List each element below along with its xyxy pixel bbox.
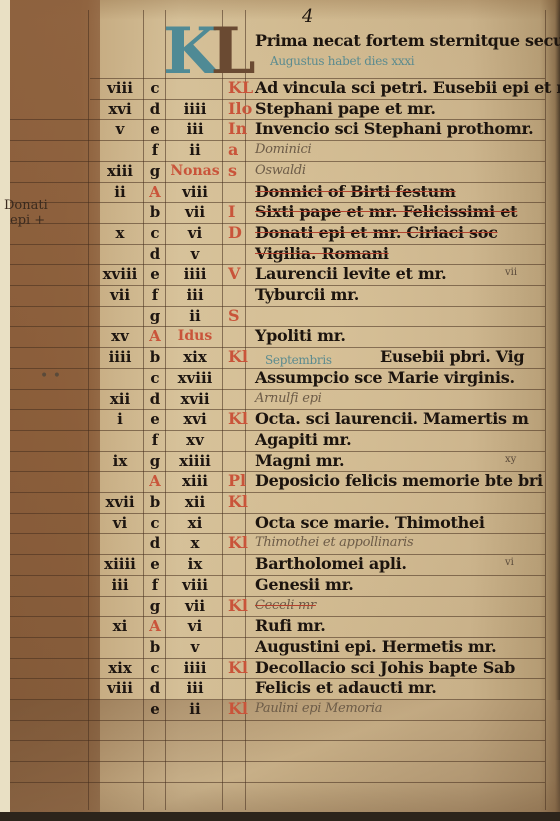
dominical-letter: d — [145, 390, 165, 408]
calendar-entry: Donati epi et mr. Ciriaci soc — [255, 224, 498, 242]
day-count: xvii — [170, 390, 220, 408]
dominical-letter: A — [145, 472, 165, 490]
left-margin-stain — [0, 0, 100, 821]
day-count: iii — [170, 679, 220, 697]
dominical-letter: b — [145, 348, 165, 366]
calendar-entry: Genesii mr. — [255, 576, 354, 594]
ruling-line — [10, 306, 545, 307]
dominical-letter: c — [145, 659, 165, 677]
entry-annotation: xy — [505, 454, 516, 465]
golden-number: xi — [95, 617, 145, 635]
dominical-letter: d — [145, 245, 165, 263]
calendar-entry: Laurencii levite et mr. — [255, 265, 446, 283]
day-count: ii — [170, 700, 220, 718]
dominical-letter: d — [145, 679, 165, 697]
ruling-line — [10, 782, 545, 783]
day-count: v — [170, 638, 220, 656]
entry-annotation: vii — [505, 267, 517, 278]
dominical-letter: c — [145, 79, 165, 97]
kalends-mark: Kl — [228, 493, 248, 511]
dominical-letter: e — [145, 555, 165, 573]
day-count: ii — [170, 307, 220, 325]
calendar-entry: Octa. sci laurencii. Mamertis m — [255, 410, 529, 428]
calendar-entry: Ceceli mr — [255, 597, 316, 615]
dominical-letter: e — [145, 700, 165, 718]
ruling-column — [545, 10, 546, 810]
calendar-entry: Deposicio felicis memorie bte bri — [255, 472, 543, 490]
day-count: ix — [170, 555, 220, 573]
calendar-entry: Bartholomei apli. — [255, 555, 407, 573]
dominical-letter: c — [145, 514, 165, 532]
dominical-letter: d — [145, 534, 165, 552]
dominical-letter: f — [145, 431, 165, 449]
day-count: x — [170, 534, 220, 552]
entry-annotation: vi — [505, 557, 514, 568]
calendar-entry: Rufi mr. — [255, 617, 326, 635]
kalends-mark: V — [228, 265, 240, 283]
golden-number: ii — [95, 183, 145, 201]
day-count: ii — [170, 141, 220, 159]
day-count: xvi — [170, 410, 220, 428]
dominical-letter: e — [145, 265, 165, 283]
dominical-letter: b — [145, 638, 165, 656]
golden-number: vii — [95, 286, 145, 304]
calendar-entry: Augustini epi. Hermetis mr. — [255, 638, 496, 656]
golden-number: vi — [95, 514, 145, 532]
dominical-letter: b — [145, 203, 165, 221]
calendar-entry: Octa sce marie. Thimothei — [255, 514, 485, 532]
dominical-letter: f — [145, 576, 165, 594]
day-count: vii — [170, 597, 220, 615]
calendar-entry: Magni mr. — [255, 452, 344, 470]
golden-number: xiiii — [95, 555, 145, 573]
calendar-entry: Dominici — [255, 141, 311, 159]
dominical-letter: f — [145, 141, 165, 159]
day-count: iii — [170, 286, 220, 304]
dominical-letter: A — [145, 327, 165, 345]
calendar-entry: Tyburcii mr. — [255, 286, 359, 304]
heading-line: Prima necat fortem sternitque secunda co… — [255, 32, 560, 50]
calendar-entry: Felicis et adaucti mr. — [255, 679, 437, 697]
golden-number: iii — [95, 576, 145, 594]
calendar-entry: Invencio sci Stephani prothomr. — [255, 120, 533, 138]
calendar-entry: Vigilia. Romani — [255, 245, 389, 263]
calendar-entry: Agapiti mr. — [255, 431, 351, 449]
golden-number: ix — [95, 452, 145, 470]
kalends-mark: Kl — [228, 410, 248, 428]
golden-number: x — [95, 224, 145, 242]
day-count: viii — [170, 183, 220, 201]
ruling-column — [222, 10, 223, 810]
ruling-column — [88, 10, 89, 810]
day-count: vii — [170, 203, 220, 221]
golden-number: xix — [95, 659, 145, 677]
golden-number: i — [95, 410, 145, 428]
kalends-mark: In — [228, 120, 247, 138]
day-count: iiii — [170, 100, 220, 118]
day-count: viii — [170, 576, 220, 594]
ruling-line — [10, 492, 545, 493]
kalends-mark: S — [228, 307, 240, 325]
golden-number: xviii — [95, 265, 145, 283]
day-count: Idus — [170, 327, 220, 345]
binding-edge — [0, 812, 560, 821]
dominical-letter: A — [145, 183, 165, 201]
golden-number: xvi — [95, 100, 145, 118]
folio-number: 4 — [302, 6, 313, 27]
golden-number: xii — [95, 390, 145, 408]
dominical-letter: c — [145, 224, 165, 242]
day-count: v — [170, 245, 220, 263]
golden-number: iiii — [95, 348, 145, 366]
day-count: xii — [170, 493, 220, 511]
margin-note-line1: Donati — [4, 198, 48, 213]
dominical-letter: f — [145, 286, 165, 304]
dominical-letter: g — [145, 307, 165, 325]
calendar-entry: Ad vincula sci petri. Eusebii epi et mr. — [255, 79, 560, 97]
dominical-letter: e — [145, 410, 165, 428]
day-count: iii — [170, 120, 220, 138]
calendar-entry: Sixti pape et mr. Felicissimi et — [255, 203, 517, 221]
calendar-entry: Oswaldi — [255, 162, 306, 180]
calendar-entry: Donnici of Birti festum — [255, 183, 456, 201]
dominical-letter: g — [145, 452, 165, 470]
calendar-entry: Decollacio sci Johis bapte Sab — [255, 659, 515, 677]
kalends-mark: Kl — [228, 534, 248, 552]
day-count: vi — [170, 224, 220, 242]
margin-dots: • • — [40, 368, 61, 384]
day-count: xiiii — [170, 452, 220, 470]
golden-number: xvii — [95, 493, 145, 511]
kalends-mark: Kl — [228, 659, 248, 677]
kalends-mark: Ilo — [228, 100, 252, 118]
calendar-entry: Ypoliti mr. — [255, 327, 346, 345]
dominical-letter: d — [145, 100, 165, 118]
kalends-mark: s — [228, 162, 237, 180]
dominical-letter: g — [145, 162, 165, 180]
day-count: vi — [170, 617, 220, 635]
kalends-mark: Pl — [228, 472, 246, 490]
dominical-letter: c — [145, 369, 165, 387]
day-count: iiii — [170, 659, 220, 677]
ruling-line — [10, 740, 545, 741]
calendar-gloss: Septembris — [265, 351, 332, 369]
kalends-mark: D — [228, 224, 242, 242]
day-count: iiii — [170, 265, 220, 283]
kalends-mark: Kl — [228, 597, 248, 615]
dominical-letter: A — [145, 617, 165, 635]
calendar-entry: Thimothei et appollinaris — [255, 534, 413, 552]
heading-gloss: Augustus habet dies xxxi — [270, 52, 414, 70]
kalends-mark: I — [228, 203, 235, 221]
calendar-entry: Eusebii pbri. Vig — [380, 348, 524, 366]
day-count: xv — [170, 431, 220, 449]
kl-initial: KL — [163, 20, 248, 84]
ruling-column — [165, 10, 166, 810]
page-edge — [0, 0, 10, 821]
margin-note: Donati epi + — [4, 198, 48, 228]
calendar-entry: Assumpcio sce Marie virginis. — [255, 369, 515, 387]
calendar-entry: Paulini epi Memoria — [255, 700, 382, 718]
kalends-mark: KL — [228, 79, 253, 97]
golden-number: xv — [95, 327, 145, 345]
golden-number: v — [95, 120, 145, 138]
dominical-letter: b — [145, 493, 165, 511]
calendar-entry: Stephani pape et mr. — [255, 100, 436, 118]
day-count: xviii — [170, 369, 220, 387]
day-count: Nonas — [170, 162, 220, 180]
day-count: xi — [170, 514, 220, 532]
day-count: xix — [170, 348, 220, 366]
golden-number: viii — [95, 679, 145, 697]
kalends-mark: Kl — [228, 348, 248, 366]
kalends-mark: a — [228, 141, 238, 159]
dominical-letter: g — [145, 597, 165, 615]
day-count: xiii — [170, 472, 220, 490]
dominical-letter: e — [145, 120, 165, 138]
kalends-mark: Kl — [228, 700, 248, 718]
calendar-entry: Arnulfi epi — [255, 390, 321, 408]
golden-number: viii — [95, 79, 145, 97]
ruling-line — [10, 761, 545, 762]
golden-number: xiii — [95, 162, 145, 180]
ruling-line — [10, 720, 545, 721]
margin-note-line2: epi + — [4, 213, 48, 228]
